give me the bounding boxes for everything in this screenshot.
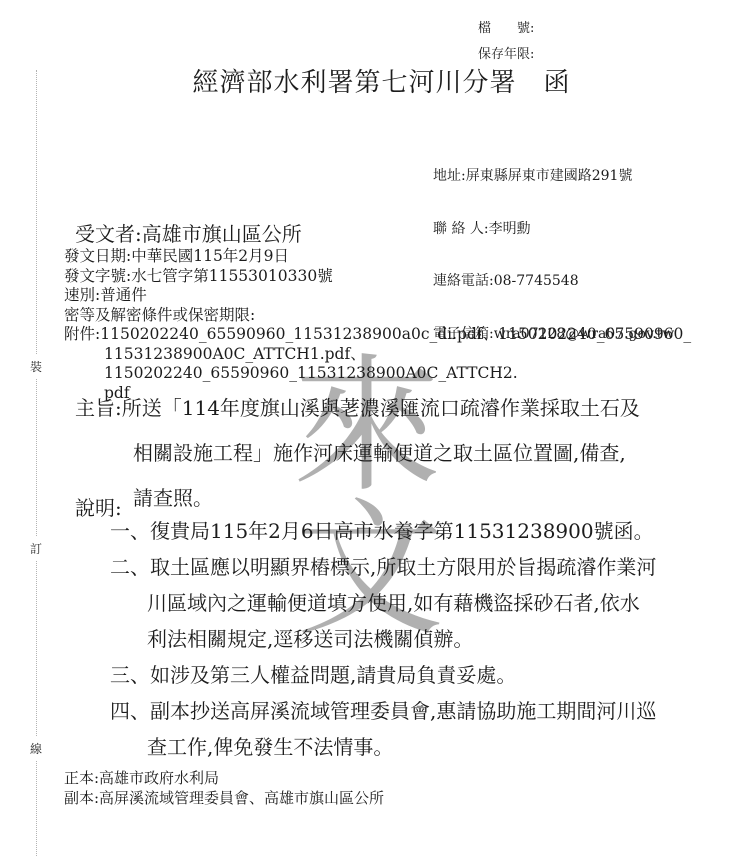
attachment-filenames-1: 1150202240_65590960_11531238900a0c_di.pd… [100, 325, 691, 343]
security-class-line: 密等及解密條件或保密期限: [64, 306, 737, 326]
attachment-label: 附件: [64, 325, 100, 343]
explanation-list: 一、復貴局115年2月6日高市水養字第11531238900號函。 二、取土區應… [110, 513, 656, 765]
subject-text-1: 所送「114年度旗山溪與荖濃溪匯流口疏濬作業採取土石及 [122, 396, 640, 420]
subject-line-1: 主旨:所送「114年度旗山溪與荖濃溪匯流口疏濬作業採取土石及 [75, 386, 640, 431]
sender-address: 地址:屏東縣屏東市建國路291號 [433, 168, 674, 186]
explanation-item-4: 四、副本抄送高屏溪流域管理委員會,惠請協助施工期間河川巡 [110, 693, 656, 729]
subject-label: 主旨: [75, 396, 122, 420]
document-meta-block: 發文日期:中華民國115年2月9日 發文字號:水七管字第11553010330號… [64, 247, 737, 403]
recipient-line: 受文者:高雄市旗山區公所 [75, 218, 302, 247]
archive-labels: 檔 號: 保存年限: [478, 16, 534, 68]
subject-paragraph: 主旨:所送「114年度旗山溪與荖濃溪匯流口疏濬作業採取土石及 相關設施工程」施作… [75, 386, 640, 521]
explanation-item-2-line-2: 川區域內之運輸便道填方使用,如有藉機盜採砂石者,依水 [110, 585, 656, 621]
file-number-label: 檔 號: [478, 16, 534, 42]
speed-class-line: 速別:普通件 [64, 286, 737, 306]
original-recipient-line: 正本:高雄市政府水利局 [64, 768, 384, 788]
item-4-number: 四、 [110, 699, 150, 723]
binding-mark-xian: 線 [28, 737, 44, 760]
sender-contact-person: 聯 絡 人:李明勳 [433, 221, 674, 239]
doc-number-line: 發文字號:水七管字第11553010330號 [64, 267, 737, 287]
item-1-number: 一、 [110, 519, 150, 543]
item-3-text: 如涉及第三人權益問題,請貴局負責妥處。 [150, 663, 516, 687]
document-title: 經濟部水利署第七河川分署 函 [0, 62, 737, 99]
attachment-line-2: 11531238900A0C_ATTCH1.pdf、1150202240_655… [64, 345, 737, 384]
item-4-text-1: 副本抄送高屏溪流域管理委員會,惠請協助施工期間河川巡 [150, 699, 656, 723]
distribution-block: 正本:高雄市政府水利局 副本:高屏溪流域管理委員會、高雄市旗山區公所 [64, 768, 384, 808]
explanation-item-4-line-2: 查工作,俾免發生不法情事。 [110, 729, 656, 765]
official-letter-page: 來 文 裝 訂 線 檔 號: 保存年限: 經濟部水利署第七河川分署 函 地址:屏… [0, 0, 737, 858]
copy-recipient-line: 副本:高屏溪流域管理委員會、高雄市旗山區公所 [64, 788, 384, 808]
item-2-text-1: 取土區應以明顯界樁標示,所取土方限用於旨揭疏濬作業河 [150, 555, 656, 579]
issue-date-line: 發文日期:中華民國115年2月9日 [64, 247, 737, 267]
item-1-text: 復貴局115年2月6日高市水養字第11531238900號函。 [150, 519, 654, 543]
explanation-item-3: 三、如涉及第三人權益問題,請貴局負責妥處。 [110, 657, 656, 693]
item-2-number: 二、 [110, 555, 150, 579]
binding-mark-ding: 訂 [28, 537, 44, 560]
subject-line-2: 相關設施工程」施作河床運輸便道之取土區位置圖,備查, [75, 431, 640, 476]
explanation-item-1: 一、復貴局115年2月6日高市水養字第11531238900號函。 [110, 513, 656, 549]
binding-mark-zhuang: 裝 [28, 355, 44, 378]
explanation-item-2: 二、取土區應以明顯界樁標示,所取土方限用於旨揭疏濬作業河 [110, 549, 656, 585]
explanation-item-2-line-3: 利法相關規定,逕移送司法機關偵辦。 [110, 621, 656, 657]
item-3-number: 三、 [110, 663, 150, 687]
attachment-line-1: 附件:1150202240_65590960_11531238900a0c_di… [64, 325, 737, 345]
